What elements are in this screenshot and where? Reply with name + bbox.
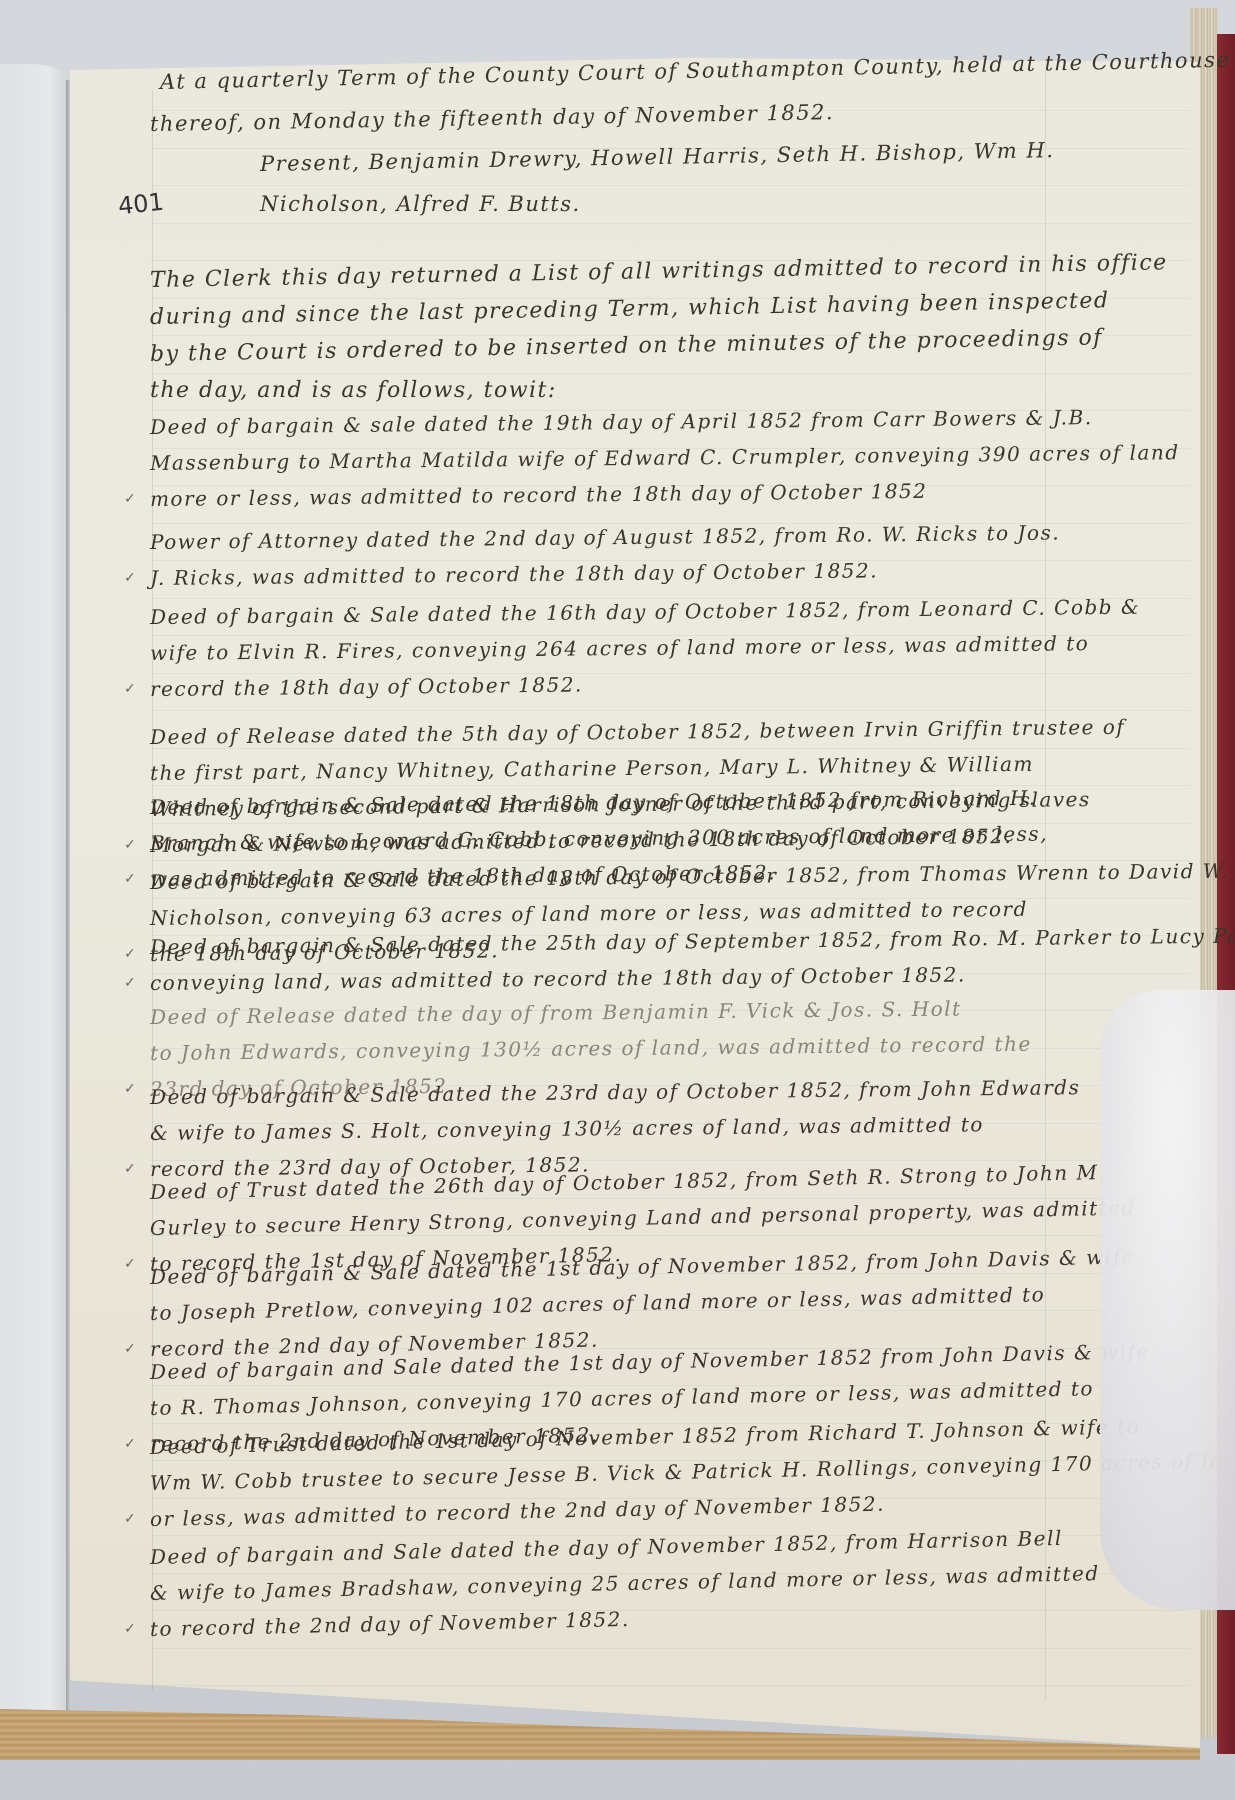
ruled-line <box>150 1610 1190 1611</box>
margin-check-mark: ✓ <box>124 1161 136 1177</box>
entry-line: record the 18th day of October 1852. <box>150 672 583 701</box>
ruled-line <box>150 1648 1190 1649</box>
margin-check-mark: ✓ <box>124 1256 136 1272</box>
book-gutter <box>66 80 70 1720</box>
margin-check-mark: ✓ <box>124 871 136 887</box>
margin-check-mark: ✓ <box>124 837 136 853</box>
ruled-line <box>150 710 1190 711</box>
margin-check-mark: ✓ <box>124 1436 136 1452</box>
ruled-line <box>150 748 1190 749</box>
folio-number: 401 <box>117 188 165 221</box>
margin-check-mark: ✓ <box>124 1511 136 1527</box>
left-page <box>0 64 70 1714</box>
margin-check-mark: ✓ <box>124 1621 136 1637</box>
ruled-line <box>150 223 1190 224</box>
margin-check-mark: ✓ <box>124 975 136 991</box>
margin-check-mark: ✓ <box>124 681 136 697</box>
ruled-line <box>150 673 1190 674</box>
header-line: Nicholson, Alfred F. Butts. <box>260 192 581 216</box>
margin-check-mark: ✓ <box>124 1081 136 1097</box>
ruled-line <box>150 898 1190 899</box>
ruled-line <box>150 185 1190 186</box>
margin-check-mark: ✓ <box>124 1341 136 1357</box>
margin-check-mark: ✓ <box>124 491 136 507</box>
margin-check-mark: ✓ <box>124 946 136 962</box>
thumb-holding-page <box>1100 990 1235 1610</box>
intro-line: the day, and is as follows, towit: <box>150 378 557 403</box>
ruled-line <box>150 373 1190 374</box>
ruled-line <box>150 1685 1190 1686</box>
margin-check-mark: ✓ <box>124 570 136 586</box>
